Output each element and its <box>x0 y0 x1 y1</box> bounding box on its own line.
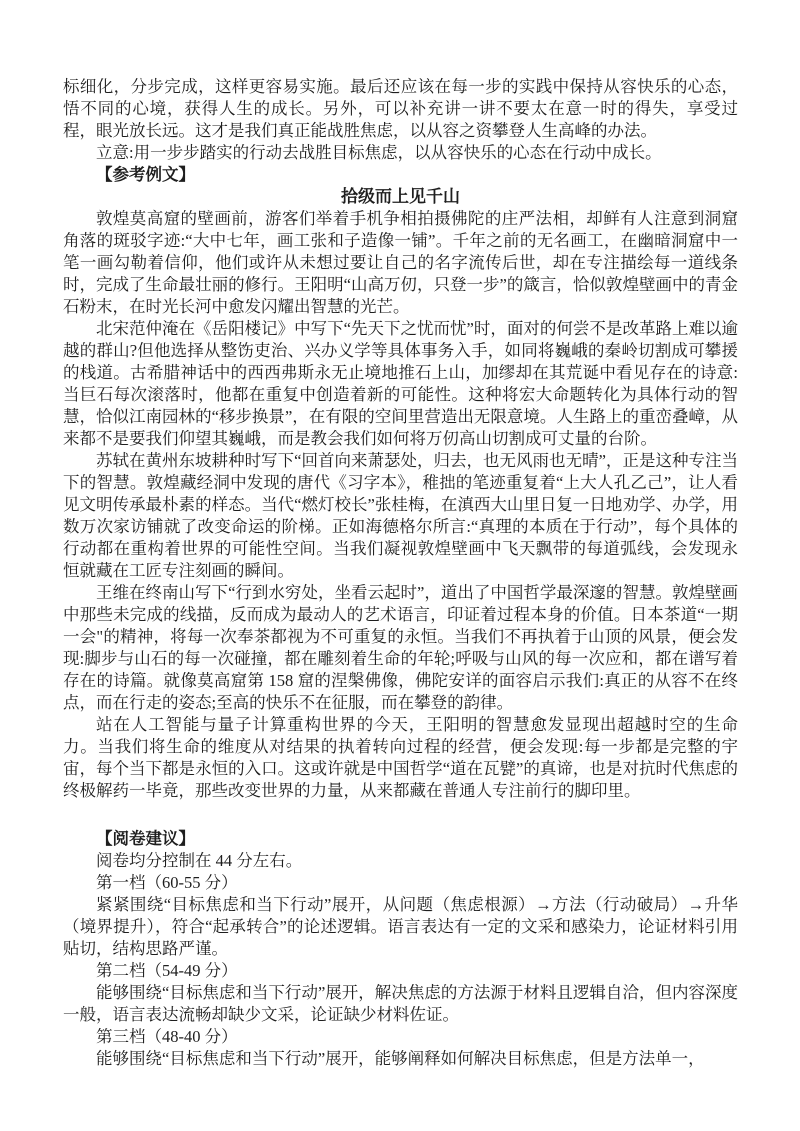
tier-2-description: 能够围绕“目标焦虑和当下行动”展开，解决焦虑的方法源于材料且逻辑自洽，但内容深度… <box>63 982 738 1026</box>
section-gap <box>63 802 738 828</box>
essay-paragraph-3: 苏轼在黄州东坡耕种时写下“回首向来萧瑟处，归去，也无风雨也无晴”，正是这种专注当… <box>63 450 738 582</box>
tier-3-label: 第三档（48-40 分） <box>63 1026 738 1048</box>
essay-paragraph-1: 敦煌莫高窟的壁画前，游客们举着手机争相拍摄佛陀的庄严法相，却鲜有人注意到洞窟角落… <box>63 208 738 318</box>
tier-1-label: 第一档（60-55 分） <box>63 872 738 894</box>
average-score-note: 阅卷均分控制在 44 分左右。 <box>63 850 738 872</box>
grading-advice-header: 【阅卷建议】 <box>63 828 738 850</box>
essay-paragraph-2: 北宋范仲淹在《岳阳楼记》中写下“先天下之忧而忧”时，面对的何尝不是改革路上难以逾… <box>63 318 738 450</box>
sample-essay-header: 【参考例文】 <box>63 164 738 186</box>
tier-3-description: 能够围绕“目标焦虑和当下行动”展开，能够阐释如何解决目标焦虑，但是方法单一， <box>63 1048 738 1070</box>
essay-title: 拾级而上见千山 <box>63 186 738 208</box>
document-page: 标细化，分步完成，这样更容易实施。最后还应该在每一步的实践中保持从容快乐的心态，… <box>0 0 800 1131</box>
essay-paragraph-5: 站在人工智能与量子计算重构世界的今天，王阳明的智慧愈发显现出超越时空的生命力。当… <box>63 714 738 802</box>
essay-intent-line: 立意:用一步步踏实的行动去战胜目标焦虑，以从容快乐的心态在行动中成长。 <box>63 142 738 164</box>
essay-paragraph-4: 王维在终南山写下“行到水穷处，坐看云起时”，道出了中国哲学最深邃的智慧。敦煌壁画… <box>63 582 738 714</box>
tier-1-description: 紧紧围绕“目标焦虑和当下行动”展开，从问题（焦虑根源）→方法（行动破局）→升华（… <box>63 894 738 960</box>
tier-2-label: 第二档（54-49 分） <box>63 960 738 982</box>
continuation-paragraph: 标细化，分步完成，这样更容易实施。最后还应该在每一步的实践中保持从容快乐的心态，… <box>63 76 738 142</box>
